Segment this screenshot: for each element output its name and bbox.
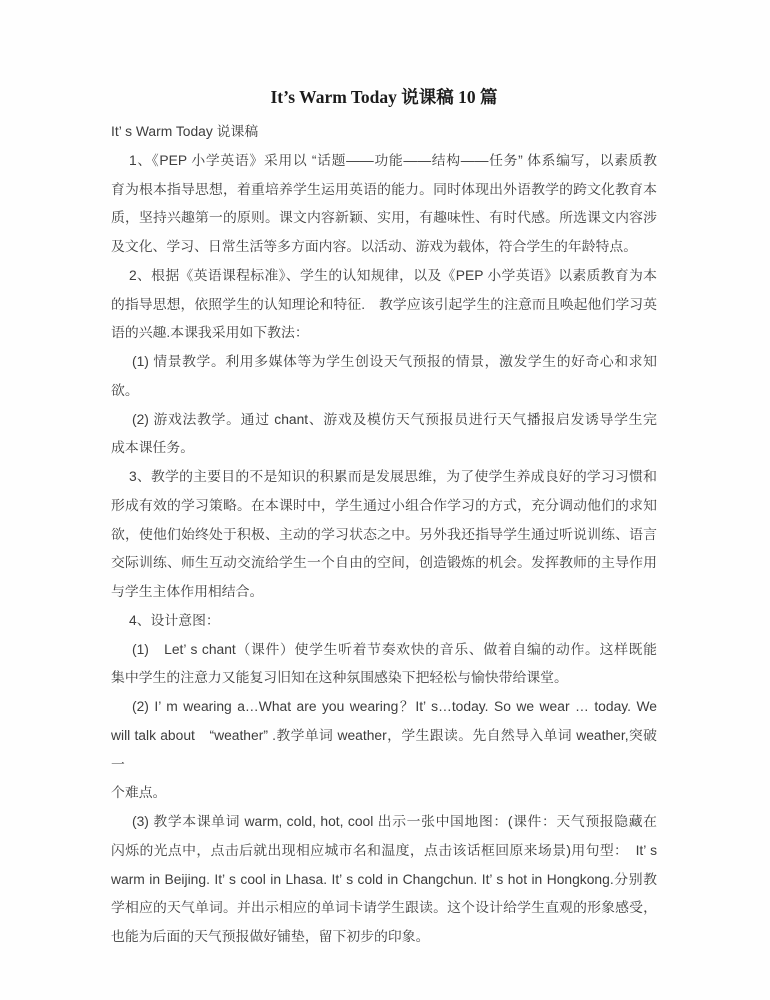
text-line: 欲，使他们始终处于积极、主动的学习状态之中。另外我还指导学生通过听说训练、语言 — [111, 520, 657, 549]
document-body: It’ s Warm Today 说课稿1、《PEP 小学英语》采用以 “话题—… — [111, 117, 657, 951]
text-line: 3、教学的主要目的不是知识的积累而是发展思维，为了使学生养成良好的学习习惯和 — [111, 462, 657, 491]
paragraph: 1、《PEP 小学英语》采用以 “话题——功能——结构——任务” 体系编写，以素… — [111, 146, 657, 261]
paragraph: (2) I’ m wearing a…What are you wearing？… — [111, 692, 657, 807]
text-line: 也能为后面的天气预报做好铺垫，留下初步的印象。 — [111, 922, 657, 951]
text-line: 的指导思想，依照学生的认知理论和特征. 教学应该引起学生的注意而且唤起他们学习英 — [111, 290, 657, 319]
text-line: 集中学生的注意力又能复习旧知在这种氛围感染下把轻松与愉快带给课堂。 — [111, 663, 657, 692]
document-page: It’s Warm Today 说课稿 10 篇 It’ s Warm Toda… — [0, 0, 770, 1000]
document-content: It’s Warm Today 说课稿 10 篇 It’ s Warm Toda… — [111, 0, 657, 951]
text-line: 与学生主体作用相结合。 — [111, 577, 657, 606]
text-line: (2) 游戏法教学。通过 chant、游戏及模仿天气预报员进行天气播报启发诱导学… — [111, 405, 657, 434]
text-line: 1、《PEP 小学英语》采用以 “话题——功能——结构——任务” 体系编写，以素… — [111, 146, 657, 175]
text-line: It’ s Warm Today 说课稿 — [111, 117, 657, 146]
text-line: 2、根据《英语课程标准》、学生的认知规律，以及《PEP 小学英语》以素质教育为本 — [111, 261, 657, 290]
text-line: (2) I’ m wearing a…What are you wearing？… — [111, 692, 657, 721]
paragraph: (2) 游戏法教学。通过 chant、游戏及模仿天气预报员进行天气播报启发诱导学… — [111, 405, 657, 463]
paragraph: 2、根据《英语课程标准》、学生的认知规律，以及《PEP 小学英语》以素质教育为本… — [111, 261, 657, 347]
text-line: 语的兴趣.本课我采用如下教法： — [111, 318, 657, 347]
text-line: 学相应的天气单词。并出示相应的单词卡请学生跟读。这个设计给学生直观的形象感受， — [111, 893, 657, 922]
text-line: 个难点。 — [111, 778, 657, 807]
paragraph: (1) 情景教学。利用多媒体等为学生创设天气预报的情景，激发学生的好奇心和求知欲… — [111, 347, 657, 405]
text-line: 交际训练、师生互动交流给学生一个自由的空间，创造锻炼的机会。发挥教师的主导作用 — [111, 548, 657, 577]
text-line: warm in Beijing. It’ s cool in Lhasa. It… — [111, 865, 657, 894]
paragraph: 3、教学的主要目的不是知识的积累而是发展思维，为了使学生养成良好的学习习惯和形成… — [111, 462, 657, 606]
text-line: 形成有效的学习策略。在本课时中，学生通过小组合作学习的方式，充分调动他们的求知 — [111, 491, 657, 520]
text-line: (1) Let’ s chant（课件）使学生听着节奏欢快的音乐、做着自编的动作… — [111, 635, 657, 664]
text-line: will talk about “weather” .教学单词 weather，… — [111, 721, 657, 779]
text-line: (3) 教学本课单词 warm, cold, hot, cool 出示一张中国地… — [111, 807, 657, 836]
text-line: 育为根本指导思想，着重培养学生运用英语的能力。同时体现出外语教学的跨文化教育本 — [111, 175, 657, 204]
text-line: 质，坚持兴趣第一的原则。课文内容新颖、实用，有趣味性、有时代感。所选课文内容涉 — [111, 203, 657, 232]
text-line: 欲。 — [111, 376, 657, 405]
paragraph: (1) Let’ s chant（课件）使学生听着节奏欢快的音乐、做着自编的动作… — [111, 635, 657, 693]
text-line: 成本课任务。 — [111, 433, 657, 462]
text-line: (1) 情景教学。利用多媒体等为学生创设天气预报的情景，激发学生的好奇心和求知 — [111, 347, 657, 376]
paragraph: 4、设计意图： — [111, 606, 657, 635]
paragraph: It’ s Warm Today 说课稿 — [111, 117, 657, 146]
text-line: 及文化、学习、日常生活等多方面内容。以活动、游戏为载体，符合学生的年龄特点。 — [111, 232, 657, 261]
paragraph: (3) 教学本课单词 warm, cold, hot, cool 出示一张中国地… — [111, 807, 657, 951]
text-line: 4、设计意图： — [111, 606, 657, 635]
document-title: It’s Warm Today 说课稿 10 篇 — [111, 85, 657, 109]
text-line: 闪烁的光点中，点击后就出现相应城市名和温度，点击该话框回原来场景)用句型： It… — [111, 836, 657, 865]
